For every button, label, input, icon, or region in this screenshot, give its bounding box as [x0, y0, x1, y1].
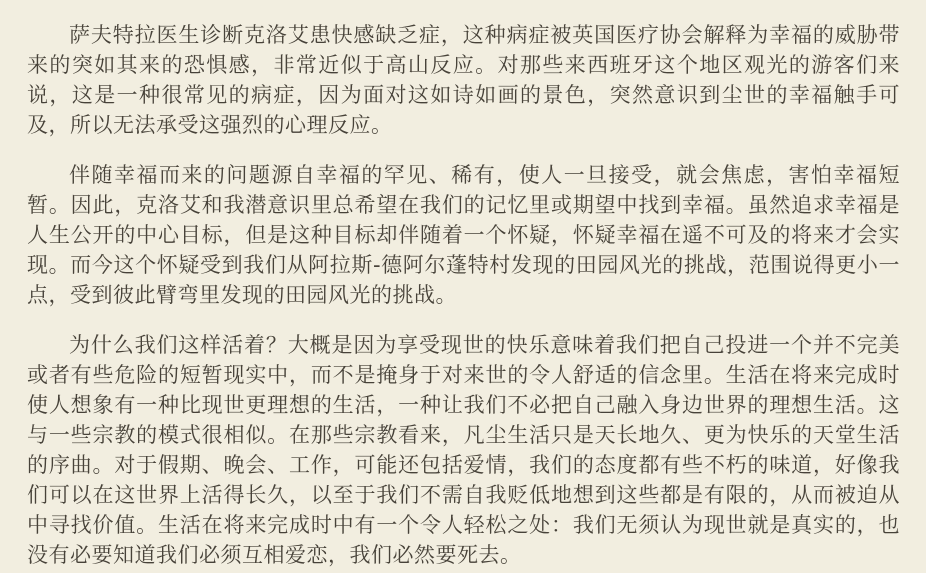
- paragraph: 为什么我们这样活着？大概是因为享受现世的快乐意味着我们把自己投进一个并不完美或者…: [27, 330, 900, 570]
- paragraph: 伴随幸福而来的问题源自幸福的罕见、稀有，使人一旦接受，就会焦虑，害怕幸福短暂。因…: [27, 160, 900, 310]
- paragraph: 萨夫特拉医生诊断克洛艾患快感缺乏症，这种病症被英国医疗协会解释为幸福的威胁带来的…: [27, 20, 900, 140]
- reader-page: 萨夫特拉医生诊断克洛艾患快感缺乏症，这种病症被英国医疗协会解释为幸福的威胁带来的…: [0, 0, 926, 573]
